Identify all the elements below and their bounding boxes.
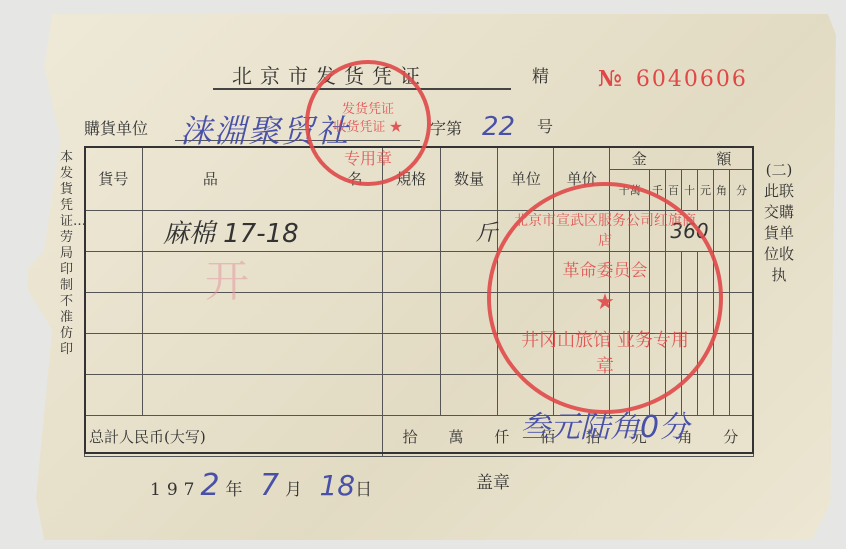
sub-shi: 十 <box>682 170 698 211</box>
sub-jiao: 角 <box>713 170 729 211</box>
title-side-mark: 精 <box>532 62 549 87</box>
stamp2-mid-text: 革命委员会 <box>491 256 719 281</box>
unit-qian: 仟 <box>494 428 509 446</box>
right-side-note: (二) 此联交購貨单位收执 <box>764 160 794 286</box>
total-label: 总計人民币(大写) <box>85 416 383 457</box>
header-qty: 数量 <box>440 147 498 211</box>
header-amount-jin: 金 <box>632 150 647 168</box>
copy-purpose: 此联交購貨单位收执 <box>764 181 794 286</box>
stamp1-top-text: 发货凭证 <box>309 98 427 117</box>
serial-prefix: № <box>598 66 624 92</box>
zi-value: 22 <box>482 112 515 142</box>
date-line: 1972年 7月 18日 <box>150 468 378 503</box>
sub-fen: 分 <box>729 170 753 211</box>
cell-spec <box>382 211 440 252</box>
large-red-stamp: 北京市宣武区服务公司红旗商店 革命委员会 ★ 井冈山旅馆 业务专用章 <box>487 182 723 414</box>
header-item-no: 貨号 <box>85 147 143 211</box>
year-label: 年 <box>226 480 249 500</box>
seal-label: 盖章 <box>476 468 510 493</box>
header-amount: 金 額 <box>610 147 754 170</box>
stamp1-mid-text: 收货凭证 ★ <box>309 116 427 135</box>
month-label: 月 <box>285 480 308 500</box>
header-amount-e: 額 <box>716 150 731 168</box>
hao-label: 号 <box>537 114 553 137</box>
unit-fen: 分 <box>723 428 738 446</box>
header-name-pin: 品 <box>203 170 218 188</box>
stamp1-bottom-text: 专用章 <box>309 146 427 169</box>
day-label: 日 <box>355 480 378 500</box>
small-red-stamp: 发货凭证 收货凭证 ★ 专用章 <box>305 60 431 186</box>
stamp2-bottom-text: 井冈山旅馆 业务专用章 <box>491 326 719 378</box>
month-hand: 7 <box>260 468 285 503</box>
serial-value: 6040606 <box>636 67 748 92</box>
copy-index: (二) <box>764 160 794 181</box>
left-side-note: 本发貨凭证…劳局印制不准仿印 <box>60 150 76 358</box>
stamp2-star-icon: ★ <box>491 290 719 315</box>
faded-stamp-mark: 开 <box>205 245 265 385</box>
buyer-label: 購貨单位 <box>84 116 148 139</box>
day-hand: 18 <box>319 469 355 502</box>
cell-qty-unit: 斤 <box>440 211 498 252</box>
unit-shi: 拾 <box>403 428 418 446</box>
sub-yuan: 元 <box>697 170 713 211</box>
cell-item-no <box>85 211 143 252</box>
total-label-text: 总計人民币(大写) <box>89 428 206 446</box>
stamp2-ring-text: 北京市宣武区服务公司红旗商店 <box>491 210 719 250</box>
year-prefix: 197 <box>150 480 200 500</box>
serial-number: №6040606 <box>598 66 748 92</box>
year-hand: 2 <box>200 468 225 503</box>
unit-wan: 萬 <box>448 428 463 446</box>
zi-label: 字第 <box>430 116 462 139</box>
